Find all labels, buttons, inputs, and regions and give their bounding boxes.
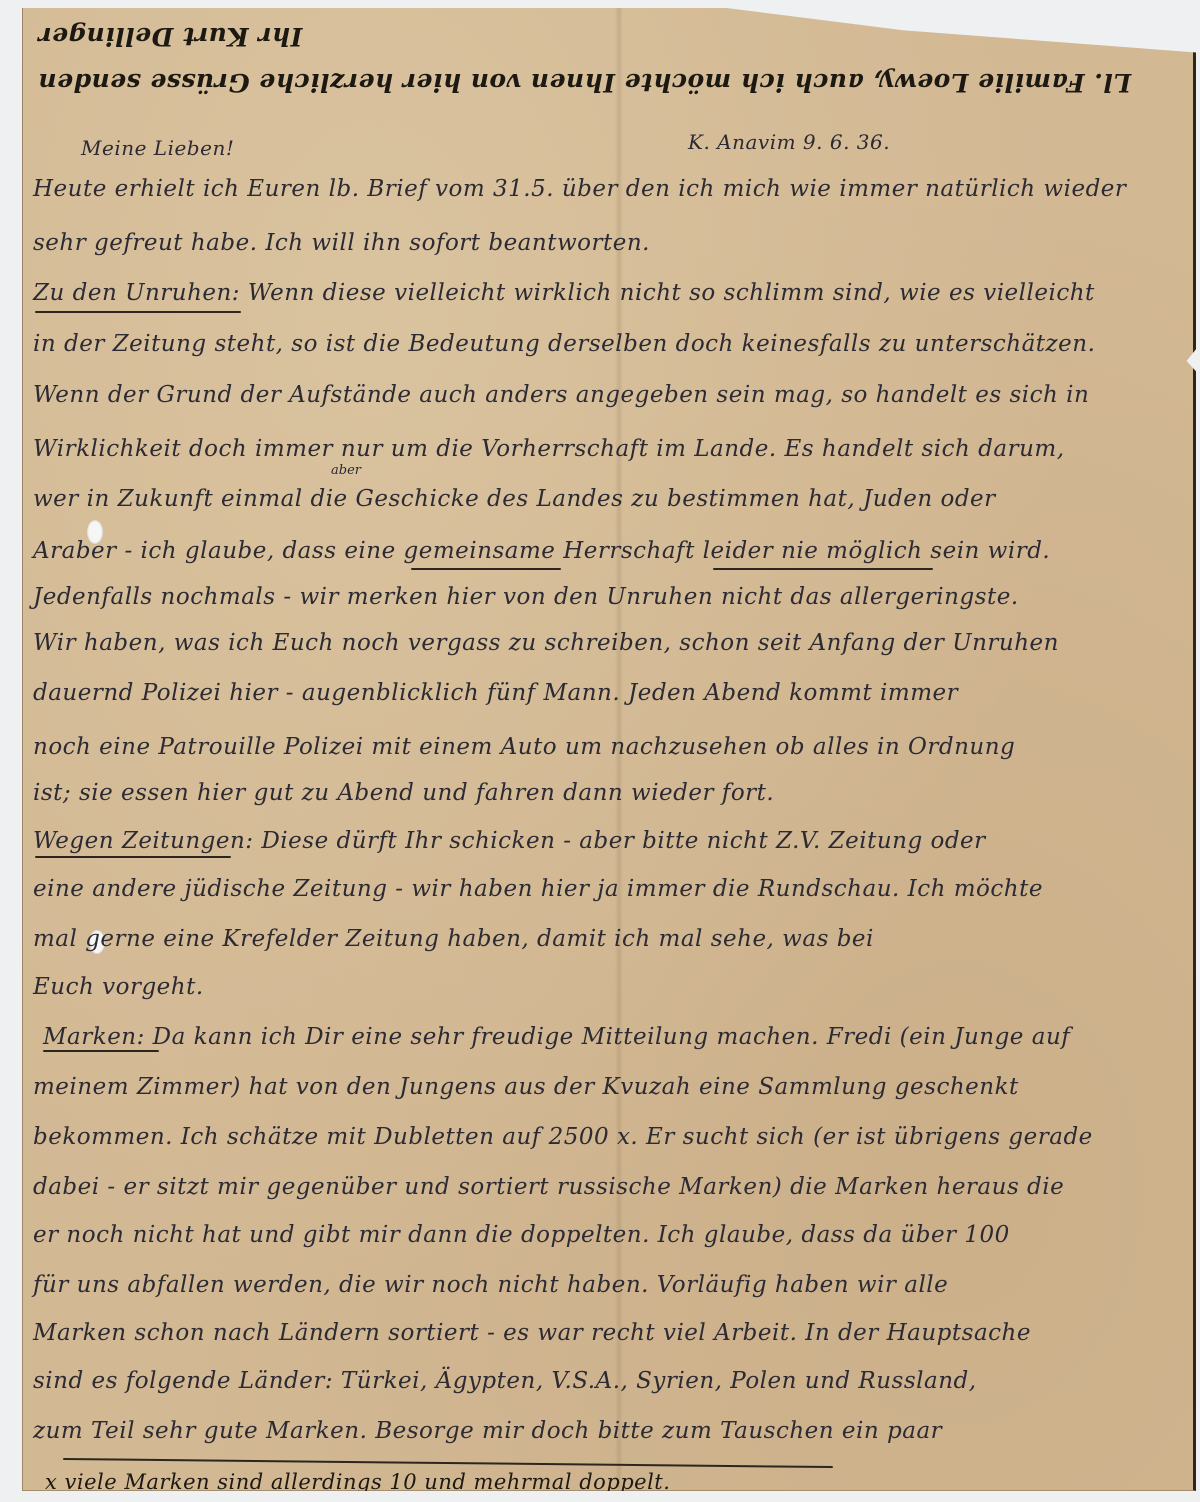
letter-line-10: Wir haben, was ich Euch noch vergass zu … bbox=[33, 630, 1059, 656]
letter-line-23: für uns abfallen werden, die wir noch ni… bbox=[33, 1272, 948, 1298]
letter-line-13: ist; sie essen hier gut zu Abend und fah… bbox=[33, 780, 774, 806]
underline-wegen-zeitungen bbox=[35, 856, 231, 858]
place-date: K. Anavim 9. 6. 36. bbox=[688, 130, 890, 154]
footnote: x viele Marken sind allerdings 10 und me… bbox=[45, 1470, 670, 1494]
letter-line-4: in der Zeitung steht, so ist die Bedeutu… bbox=[33, 331, 1095, 357]
letter-line-12: noch eine Patrouille Polizei mit einem A… bbox=[33, 734, 1015, 760]
letter-line-8: Araber - ich glaube, dass eine gemeinsam… bbox=[33, 538, 1050, 564]
letter-line-14: Wegen Zeitungen: Diese dürft Ihr schicke… bbox=[33, 828, 986, 854]
letter-line-24: Marken schon nach Ländern sortiert - es … bbox=[33, 1320, 1031, 1346]
letter-line-11: dauernd Polizei hier - augenblicklich fü… bbox=[33, 680, 958, 706]
letter-line-17: Euch vorgeht. bbox=[33, 974, 204, 1000]
letter-line-1: Heute erhielt ich Euren lb. Brief vom 31… bbox=[33, 176, 1126, 202]
underline-gemeinsame bbox=[411, 568, 561, 570]
letter-line-15: eine andere jüdische Zeitung - wir haben… bbox=[33, 876, 1043, 902]
letter-line-21: dabei - er sitzt mir gegenüber und sorti… bbox=[33, 1174, 1064, 1200]
letter-line-26: zum Teil sehr gute Marken. Besorge mir d… bbox=[33, 1418, 942, 1444]
letter-line-5: Wenn der Grund der Aufstände auch anders… bbox=[33, 382, 1089, 408]
letter-line-18: Marken: Da kann ich Dir eine sehr freudi… bbox=[43, 1024, 1070, 1050]
letter-line-9: Jedenfalls nochmals - wir merken hier vo… bbox=[33, 584, 1019, 610]
letter-line-19: meinem Zimmer) hat von den Jungens aus d… bbox=[33, 1074, 1019, 1100]
upside-down-postscript-line-1: Ll. Familie Loewy, auch ich möchte Ihnen… bbox=[38, 68, 1131, 97]
letter-line-25: sind es folgende Länder: Türkei, Ägypten… bbox=[33, 1368, 977, 1394]
footnote-separator bbox=[63, 1458, 833, 1468]
underline-marken bbox=[43, 1050, 159, 1052]
letter-line-22: er noch nicht hat und gibt mir dann die … bbox=[33, 1222, 1010, 1248]
letter-line-20: bekommen. Ich schätze mit Dubletten auf … bbox=[33, 1124, 1093, 1150]
letter-page: Ll. Familie Loewy, auch ich möchte Ihnen… bbox=[22, 8, 1196, 1491]
letter-line-2: sehr gefreut habe. Ich will ihn sofort b… bbox=[33, 230, 650, 256]
letter-line-3: Zu den Unruhen: Wenn diese vielleicht wi… bbox=[33, 280, 1095, 306]
interlinear-insertion: aber bbox=[331, 463, 361, 478]
underline-leider-nie-moeglich bbox=[713, 568, 933, 570]
salutation: Meine Lieben! bbox=[81, 136, 234, 160]
letter-line-7: wer in Zukunft einmal die Geschicke des … bbox=[33, 486, 996, 512]
letter-line-6: Wirklichkeit doch immer nur um die Vorhe… bbox=[33, 436, 1065, 462]
upside-down-postscript-signature: Ihr Kurt Dellinger bbox=[38, 22, 302, 51]
letter-line-16: mal gerne eine Krefelder Zeitung haben, … bbox=[33, 926, 874, 952]
underline-zu-den-unruhen bbox=[35, 311, 241, 313]
